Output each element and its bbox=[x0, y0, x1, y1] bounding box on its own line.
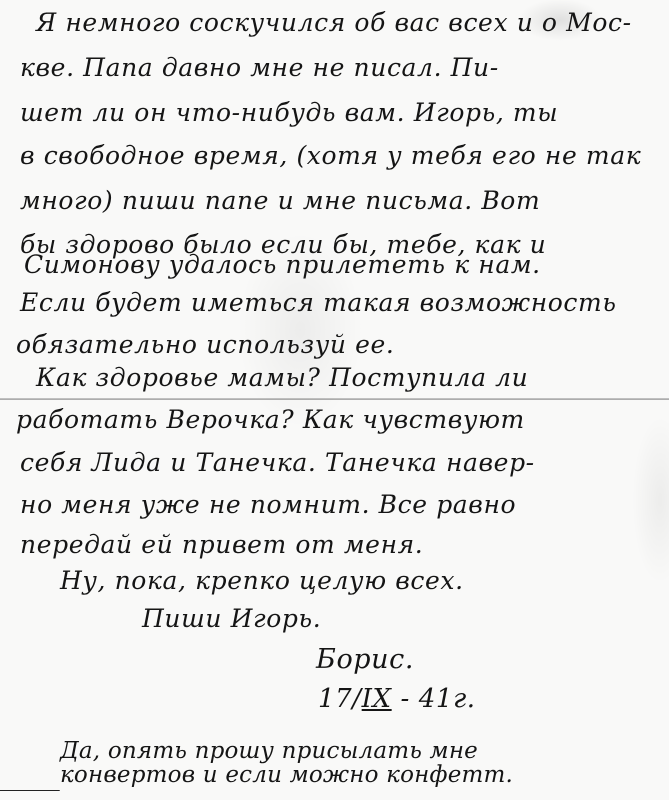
letter-line: обязательно используй ее. bbox=[16, 332, 394, 357]
letter-date: 17/IX - 41г. bbox=[318, 686, 476, 712]
letter-page: Я немного соскучился об вас всех и о Мос… bbox=[0, 0, 669, 800]
letter-line: Я немного соскучился об вас всех и о Мос… bbox=[36, 10, 632, 35]
letter-line: в свободное время, (хотя у тебя его не т… bbox=[20, 143, 641, 168]
date-dash: - bbox=[392, 684, 419, 714]
page-corner-mark bbox=[0, 790, 60, 800]
letter-line: много) пиши папе и мне письма. Вот bbox=[20, 188, 540, 213]
letter-line: Симонову удалось прилететь к нам. bbox=[24, 252, 541, 277]
letter-line: работать Верочка? Как чувствуют bbox=[16, 407, 525, 432]
closing-request: Пиши Игорь. bbox=[142, 606, 321, 631]
signature: Борис. bbox=[316, 646, 414, 673]
date-day: 17 bbox=[318, 684, 352, 714]
letter-line: но меня уже не помнит. Все равно bbox=[20, 492, 516, 517]
letter-line: шет ли он что-нибудь вам. Игорь, ты bbox=[20, 100, 558, 125]
date-separator: / bbox=[352, 684, 361, 714]
letter-line: передай ей привет от меня. bbox=[20, 532, 423, 557]
date-month: IX bbox=[362, 684, 392, 714]
letter-line: себя Лида и Танечка. Танечка навер- bbox=[20, 450, 535, 475]
date-year: 41г. bbox=[419, 684, 476, 714]
letter-line: Как здоровье мамы? Поступила ли bbox=[36, 365, 528, 390]
postscript-line: Да, опять прошу присылать мне bbox=[60, 740, 478, 763]
letter-line: Если будет иметься такая возможность bbox=[20, 290, 617, 315]
letter-line: кве. Папа давно мне не писал. Пи- bbox=[20, 55, 499, 80]
closing-farewell: Ну, пока, крепко целую всех. bbox=[60, 568, 464, 593]
postscript-line: конвертов и если можно конфетт. bbox=[60, 764, 513, 787]
paper-fold-line bbox=[0, 398, 669, 400]
